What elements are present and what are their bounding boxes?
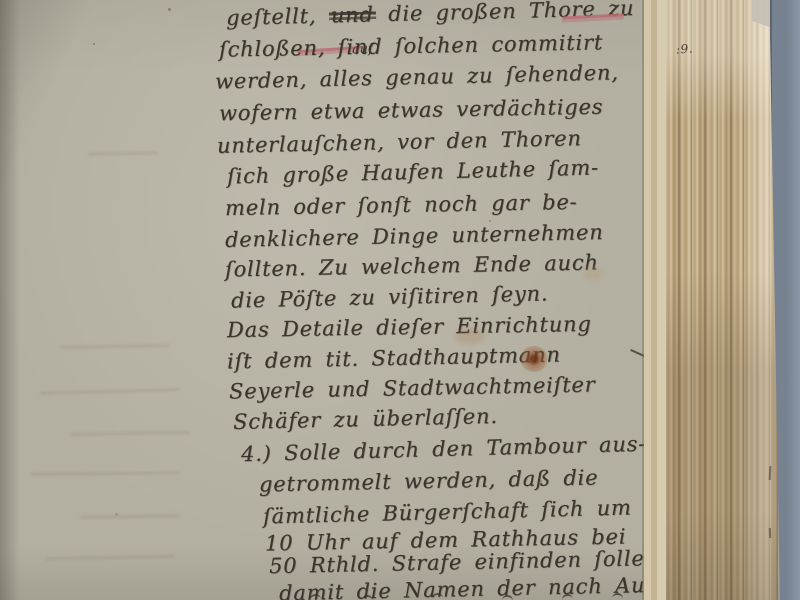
- foxing-speck: [168, 8, 171, 11]
- ink-stain: [455, 328, 485, 344]
- struck-word: und: [328, 2, 375, 27]
- line1-prefix: geſtellt,: [226, 4, 317, 30]
- ink-stain: [519, 346, 549, 372]
- ink-stain: [584, 266, 602, 280]
- foxing-speck: [93, 43, 95, 45]
- manuscript-photo: geſtellt, und die großen Thore zu auf ſc…: [0, 0, 800, 600]
- foxing-speck: [115, 513, 118, 516]
- fore-edge-folio-number: :9.: [676, 41, 694, 56]
- foxing-speck: [344, 505, 348, 508]
- page-torn-edge: [642, 0, 666, 600]
- page-fore-edge: [666, 0, 778, 600]
- page-gutter-shadow: [0, 0, 20, 600]
- foxing-speck: [489, 220, 491, 222]
- foxing-speck: [540, 480, 542, 482]
- edge-ink-tick: [769, 528, 771, 538]
